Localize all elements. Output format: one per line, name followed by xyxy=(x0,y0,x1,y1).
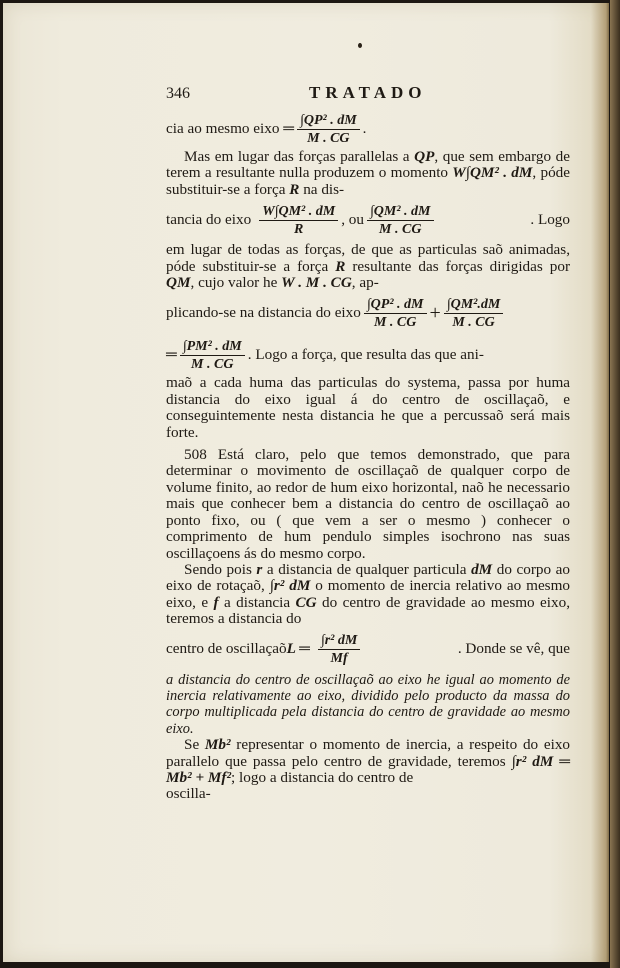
math: QM xyxy=(166,274,190,291)
text: Sendo pois xyxy=(184,561,256,578)
text: na dis- xyxy=(299,181,344,198)
math: ∫r² dM xyxy=(270,577,311,594)
numerator: ∫QP² . dM xyxy=(297,113,360,130)
formula-line-1: cia ao mesmo eixo ═ ∫QP² . dMM . CG . xyxy=(166,109,570,149)
math: R xyxy=(335,258,345,275)
paragraph-5: Sendo pois r a distancia de qualquer par… xyxy=(166,562,570,628)
math: QP xyxy=(414,148,434,165)
fraction: ∫PM² . dMM . CG xyxy=(180,339,245,372)
text: . xyxy=(363,121,367,137)
text: . Logo a força, que resulta das que ani- xyxy=(248,347,484,363)
text: cia ao mesmo eixo ═ xyxy=(166,121,294,137)
math: W∫QM² . dM xyxy=(452,164,532,181)
text: , ap- xyxy=(352,274,379,291)
catchword: oscilla- xyxy=(166,786,570,802)
numerator: ∫PM² . dM xyxy=(180,339,245,356)
text: centro de oscillaçaõ xyxy=(166,641,287,657)
text: , ou xyxy=(341,212,364,228)
denominator: M . CG xyxy=(452,314,494,330)
italic-theorem: a distancia do centro de oscillaçaõ ao e… xyxy=(166,672,570,738)
text: plicando-se na distancia do eixo xyxy=(166,305,361,321)
formula-line-3: plicando-se na distancia do eixo ∫QP² . … xyxy=(166,291,570,335)
text: Se xyxy=(184,736,205,753)
denominator: M . CG xyxy=(374,314,416,330)
denominator: M . CG xyxy=(191,356,233,372)
denominator: Mf xyxy=(331,650,348,666)
formula-line-4: ═ ∫PM² . dMM . CG . Logo a força, que re… xyxy=(166,335,570,375)
book-binding-edge xyxy=(610,0,620,968)
ink-speck xyxy=(358,43,362,48)
paragraph-508: 508 Está claro, pelo que temos demonstra… xyxy=(166,447,570,562)
denominator: M . CG xyxy=(379,221,421,237)
text: , cujo valor he xyxy=(190,274,281,291)
formula-line-5: centro de oscillaçaõ L ═ ∫r² dMMf . Dond… xyxy=(166,628,570,672)
text: ; logo a distancia do centro de xyxy=(231,769,413,786)
text: resultante das forças dirigidas por xyxy=(345,258,570,275)
math: W . M . CG xyxy=(281,274,352,291)
math: CG xyxy=(296,594,317,611)
math: dM xyxy=(471,561,492,578)
fraction: ∫r² dMMf xyxy=(318,633,360,666)
page-header: 346 TRATADO xyxy=(166,85,570,109)
fraction: ∫QP² . dMM . CG xyxy=(364,297,427,330)
numerator: ∫QM².dM xyxy=(444,297,504,314)
paragraph-1: Mas em lugar das forças parallelas a QP,… xyxy=(166,149,570,198)
paragraph-2: em lugar de todas as forças, de que as p… xyxy=(166,242,570,291)
fraction: W∫QM² . dMR xyxy=(259,204,338,237)
book-page: 346 TRATADO cia ao mesmo eixo ═ ∫QP² . d… xyxy=(3,3,609,962)
denominator: M . CG xyxy=(307,130,349,146)
formula-line-2: tancia do eixo W∫QM² . dMR , ou ∫QM² . d… xyxy=(166,198,570,242)
equals-sign: ═ xyxy=(166,347,177,363)
text: tancia do eixo xyxy=(166,212,251,228)
fraction: ∫QM² . dMM . CG xyxy=(367,204,434,237)
math: Mb² xyxy=(205,736,231,753)
numerator: W∫QM² . dM xyxy=(259,204,338,221)
numerator: ∫r² dM xyxy=(318,633,360,650)
paragraph-7: Se Mb² representar o momento de inercia,… xyxy=(166,737,570,786)
fraction: ∫QM².dMM . CG xyxy=(444,297,504,330)
math: L ═ xyxy=(287,641,310,657)
paragraph-3: maõ a cada huma das particulas do system… xyxy=(166,375,570,441)
fraction: ∫QP² . dMM . CG xyxy=(297,113,360,146)
page-number: 346 xyxy=(166,86,226,102)
page-text-block: 346 TRATADO cia ao mesmo eixo ═ ∫QP² . d… xyxy=(166,85,570,803)
text: . Donde se vê, que xyxy=(458,641,570,657)
text: Mas em lugar das forças parallelas a xyxy=(184,148,414,165)
numerator: ∫QM² . dM xyxy=(367,204,434,221)
text: . Logo xyxy=(530,212,570,228)
text: a distancia xyxy=(219,594,296,611)
numerator: ∫QP² . dM xyxy=(364,297,427,314)
math: R xyxy=(289,181,299,198)
plus-sign: + xyxy=(430,305,441,321)
denominator: R xyxy=(294,221,303,237)
running-title: TRATADO xyxy=(309,85,427,101)
text: a distancia de qualquer particula xyxy=(262,561,471,578)
